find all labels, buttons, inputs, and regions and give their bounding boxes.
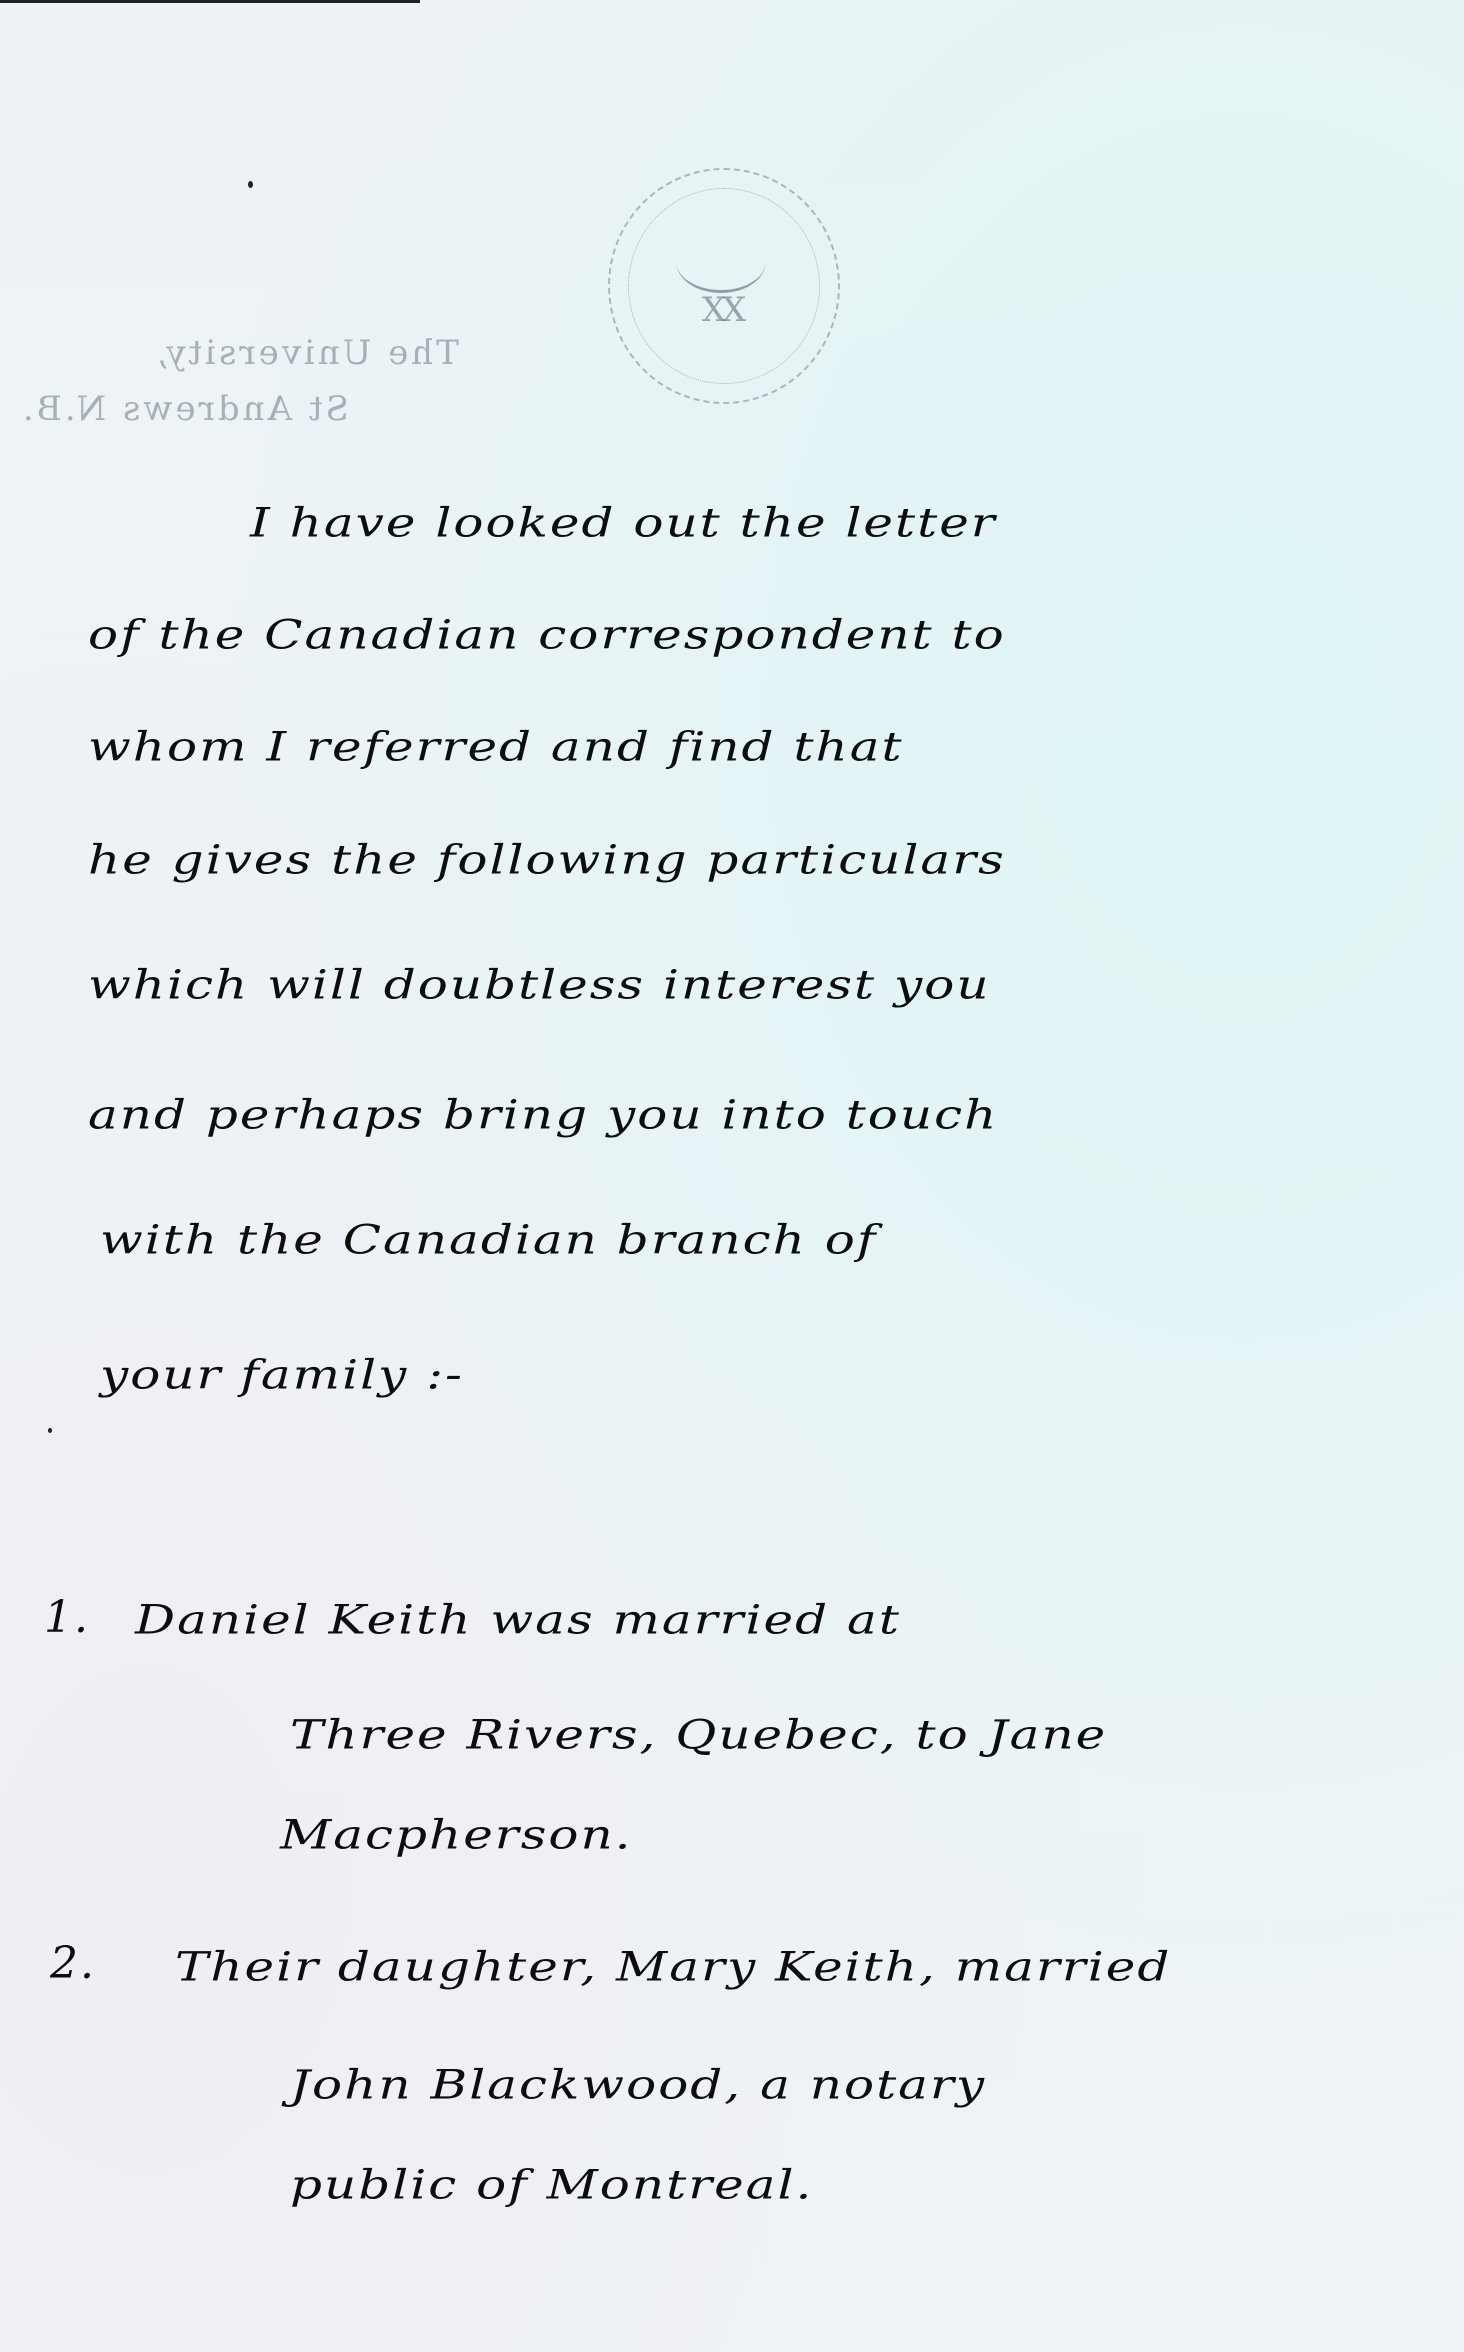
item-line: Daniel Keith was married at — [135, 1597, 901, 1643]
body-line: of the Canadian correspondent to — [88, 612, 1006, 658]
embossed-seal-icon: XX — [608, 168, 840, 404]
body-line: whom I referred and find that — [88, 724, 904, 770]
letter-page: XX The University, St Andrews N.B. I hav… — [0, 0, 1464, 2352]
seal-crescent — [676, 230, 766, 293]
body-line: which will doubtless interest you — [88, 962, 991, 1008]
item-line: Macpherson. — [280, 1812, 633, 1858]
ink-speck — [248, 181, 253, 188]
item-line: Three Rivers, Quebec, to Jane — [290, 1712, 1107, 1758]
item-line: public of Montreal. — [290, 2162, 813, 2208]
item-line: Their daughter, Mary Keith, married — [175, 1944, 1171, 1990]
body-line: your family :- — [100, 1352, 464, 1398]
body-line: I have looked out the letter — [250, 500, 997, 546]
letterhead-show-through: The University, St Andrews N.B. — [20, 325, 459, 437]
item-line: John Blackwood, a notary — [290, 2062, 986, 2108]
body-line: with the Canadian branch of — [100, 1217, 877, 1263]
letterhead-line-1: The University, — [20, 325, 459, 381]
scan-edge — [0, 0, 420, 3]
body-line: and perhaps bring you into touch — [88, 1092, 998, 1138]
body-line: he gives the following particulars — [88, 837, 1006, 883]
item-number: 2. — [50, 1938, 96, 1989]
ink-speck — [48, 1428, 52, 1433]
item-number: 1. — [44, 1592, 90, 1643]
seal-mark: XX — [682, 290, 762, 330]
letterhead-line-2: St Andrews N.B. — [20, 381, 459, 437]
